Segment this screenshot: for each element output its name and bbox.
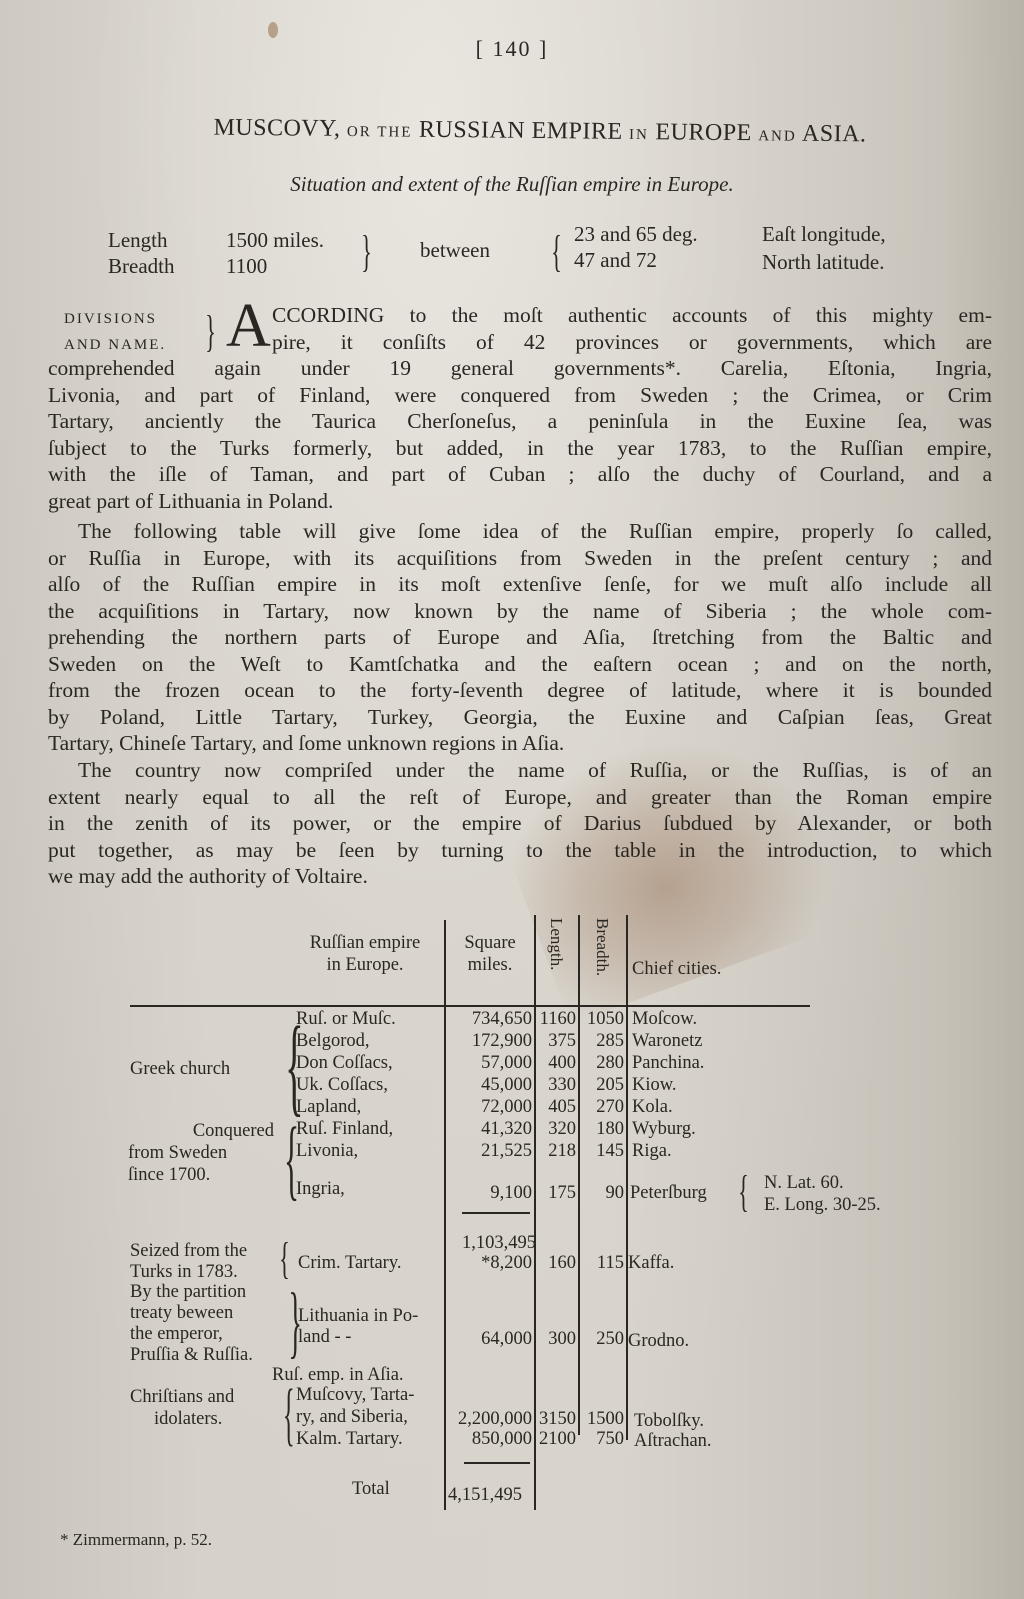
row-length: 300 xyxy=(536,1328,576,1350)
brace-left-icon: { xyxy=(738,1170,749,1214)
header-length: Length. xyxy=(546,918,566,970)
group-partition-line2: treaty beween xyxy=(130,1302,233,1324)
header-breadth: Breadth. xyxy=(592,918,612,976)
row-region-line1: Muſcovy, Tarta- xyxy=(296,1384,414,1406)
row-region: land - - xyxy=(298,1326,351,1348)
group-christians-line2: idolaters. xyxy=(154,1408,222,1430)
row-region: Don Coſſacs, xyxy=(296,1052,393,1074)
group-partition: By the partition xyxy=(130,1281,246,1303)
group-partition-line4: Pruſſia & Ruſſia. xyxy=(130,1344,253,1366)
row-city: Kaffa. xyxy=(628,1252,674,1274)
total-rule xyxy=(464,1462,530,1464)
row-breadth: 180 xyxy=(580,1118,624,1140)
row-length: 400 xyxy=(536,1052,576,1074)
row-city: Grodno. xyxy=(628,1330,689,1352)
row-city: Tobolſky. xyxy=(634,1410,704,1432)
row-breadth: 1050 xyxy=(580,1008,624,1030)
row-region: Livonia, xyxy=(296,1140,358,1162)
row-length: 320 xyxy=(536,1118,576,1140)
row-breadth: 145 xyxy=(580,1140,624,1162)
total-value: 4,151,495 xyxy=(448,1484,522,1506)
column-rule xyxy=(578,915,580,1435)
row-city: Moſcow. xyxy=(632,1008,697,1030)
row-breadth: 750 xyxy=(580,1428,624,1450)
row-square: 21,525 xyxy=(446,1140,532,1162)
row-length: 330 xyxy=(536,1074,576,1096)
row-region: Belgorod, xyxy=(296,1030,369,1052)
row-length: 218 xyxy=(536,1140,576,1162)
row-length: 1160 xyxy=(536,1008,576,1030)
row-length: 3150 xyxy=(536,1408,576,1430)
row-square: 41,320 xyxy=(446,1118,532,1140)
group-christians: Chriſtians and xyxy=(130,1386,234,1408)
group-conquered-line3: ſince 1700. xyxy=(128,1164,210,1186)
header-square-miles: Square miles. xyxy=(448,932,532,976)
subtotal-value: 1,103,495 xyxy=(446,1232,536,1254)
book-page: [ 140 ] MUSCOVY, OR THE RUSSIAN EMPIRE I… xyxy=(0,0,1024,1599)
latitude-note: N. Lat. 60. xyxy=(764,1172,844,1194)
row-length: 375 xyxy=(536,1030,576,1052)
row-region: Uk. Coſſacs, xyxy=(296,1074,388,1096)
row-square: 9,100 xyxy=(446,1182,532,1204)
row-breadth: 90 xyxy=(580,1182,624,1204)
row-region: ry, and Siberia, xyxy=(296,1406,408,1428)
row-breadth: 250 xyxy=(580,1328,624,1350)
longitude-note: E. Long. 30-25. xyxy=(764,1194,881,1216)
group-seized: Seized from the xyxy=(130,1240,247,1262)
row-region: Lapland, xyxy=(296,1096,361,1118)
row-length: 160 xyxy=(536,1252,576,1274)
group-conquered-line2: from Sweden xyxy=(128,1142,227,1164)
group-seized-line2: Turks in 1783. xyxy=(130,1261,238,1283)
header-rule xyxy=(130,1005,810,1007)
row-region: Ruſ. Finland, xyxy=(296,1118,393,1140)
row-breadth: 270 xyxy=(580,1096,624,1118)
row-square: 2,200,000 xyxy=(438,1408,532,1430)
row-region: Crim. Tartary. xyxy=(298,1252,402,1274)
row-square: 72,000 xyxy=(446,1096,532,1118)
row-region: Kalm. Tartary. xyxy=(296,1428,403,1450)
footnote: * Zimmermann, p. 52. xyxy=(60,1530,212,1550)
group-greek-church: Greek church xyxy=(130,1058,230,1080)
row-city: Panchina. xyxy=(632,1052,704,1074)
total-label: Total xyxy=(352,1478,390,1500)
row-square: 172,900 xyxy=(446,1030,532,1052)
subtotal-rule xyxy=(462,1212,530,1214)
row-region: Ruſ. or Muſc. xyxy=(296,1008,396,1030)
row-city: Riga. xyxy=(632,1140,672,1162)
row-city: Peterſburg xyxy=(630,1182,707,1204)
header-region: Ruſſian empire in Europe. xyxy=(290,932,440,976)
group-conquered: Conquered xyxy=(128,1120,274,1142)
row-region-line1: Lithuania in Po- xyxy=(298,1305,418,1327)
row-length: 2100 xyxy=(536,1428,576,1450)
row-breadth: 1500 xyxy=(580,1408,624,1430)
row-square: 64,000 xyxy=(446,1328,532,1350)
row-city: Kola. xyxy=(632,1096,673,1118)
row-square: 45,000 xyxy=(446,1074,532,1096)
row-length: 405 xyxy=(536,1096,576,1118)
row-square: 850,000 xyxy=(446,1428,532,1450)
row-city: Wyburg. xyxy=(632,1118,696,1140)
row-length: 175 xyxy=(536,1182,576,1204)
brace-left-icon: { xyxy=(279,1237,290,1281)
row-city: Kiow. xyxy=(632,1074,677,1096)
row-city: Aſtrachan. xyxy=(634,1430,712,1452)
group-partition-line3: the emperor, xyxy=(130,1323,223,1345)
row-breadth: 285 xyxy=(580,1030,624,1052)
row-city: Waronetz xyxy=(632,1030,702,1052)
column-rule xyxy=(626,915,628,1440)
row-square: *8,200 xyxy=(446,1252,532,1274)
row-breadth: 115 xyxy=(580,1252,624,1274)
row-region: Ingria, xyxy=(296,1178,345,1200)
row-square: 734,650 xyxy=(446,1008,532,1030)
row-breadth: 280 xyxy=(580,1052,624,1074)
row-breadth: 205 xyxy=(580,1074,624,1096)
empire-table: Ruſſian empire in Europe. Square miles. … xyxy=(0,0,1024,1599)
brace-left-icon: { xyxy=(283,1380,295,1450)
header-chief-cities: Chief cities. xyxy=(632,958,721,980)
row-square: 57,000 xyxy=(446,1052,532,1074)
